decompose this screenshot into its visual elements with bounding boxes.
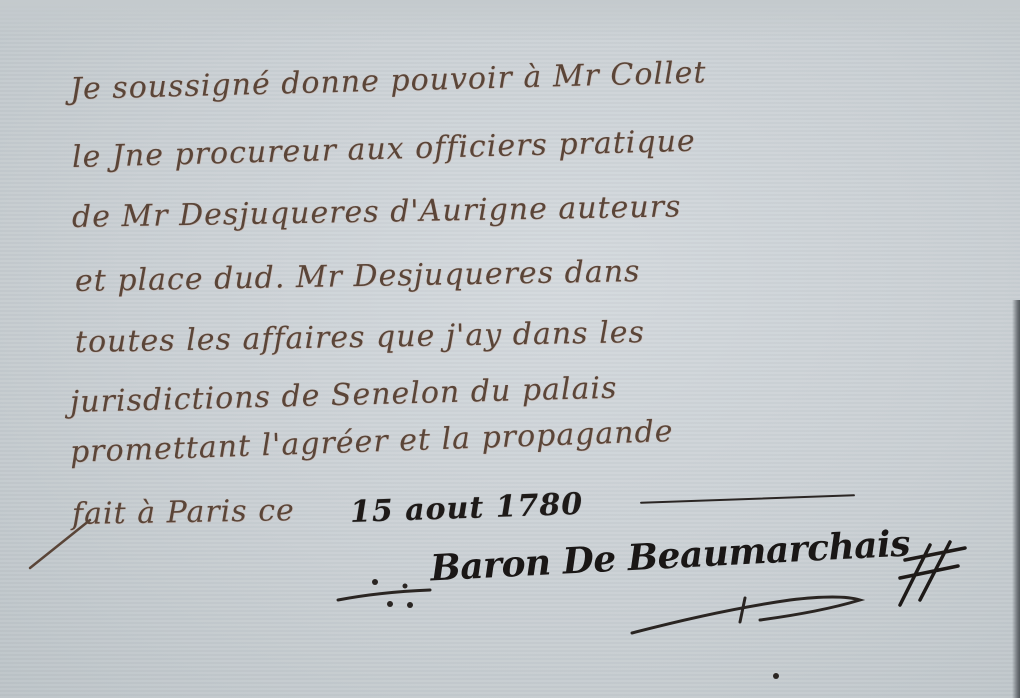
signature-flourish-icon: [0, 0, 1020, 698]
